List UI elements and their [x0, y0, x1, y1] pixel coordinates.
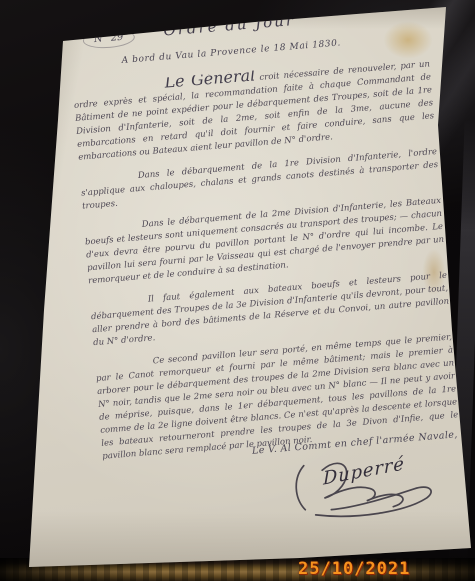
doc-paragraph: Le Général croit nécessaire de renouvele…: [72, 56, 435, 164]
document-content: N° 29 Ordre du Jour A bord du Vau la Pro…: [58, 0, 471, 553]
document-paper: N° 29 Ordre du Jour A bord du Vau la Pro…: [0, 0, 475, 581]
doc-signature: Duperré: [287, 447, 442, 531]
camera-timestamp: 25/10/2021: [298, 559, 410, 579]
photo-scene: N° 29 Ordre du Jour A bord du Vau la Pro…: [0, 0, 475, 581]
doc-body: Le Général croit nécessaire de renouvele…: [72, 56, 459, 464]
